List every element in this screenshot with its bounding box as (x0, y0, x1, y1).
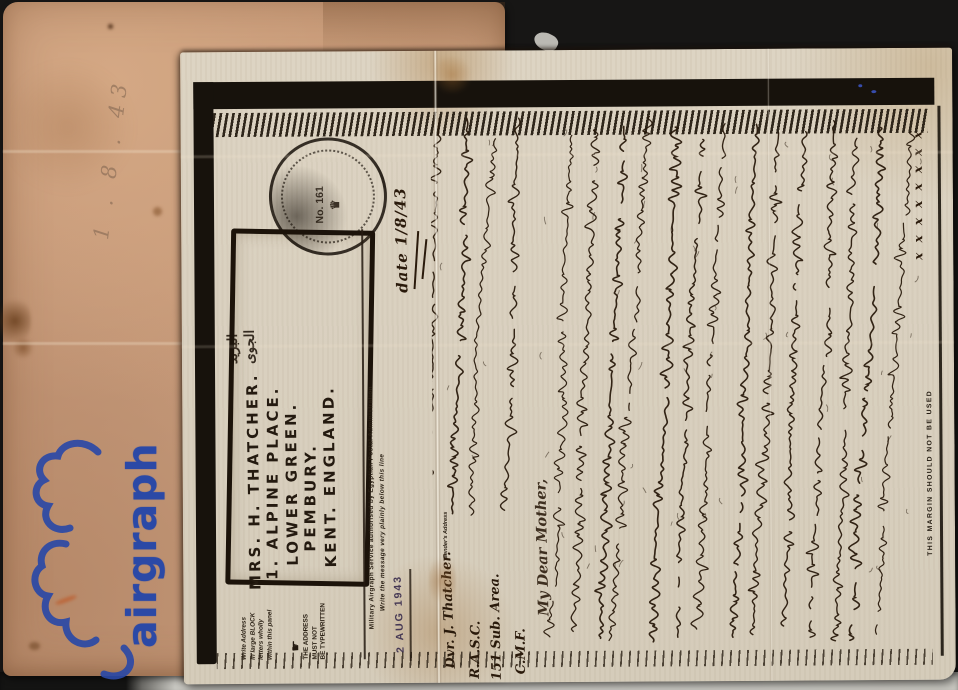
date-underline (414, 231, 420, 289)
closing-kisses: x x x x x x x x (911, 128, 926, 260)
block-letters-note: Write Address in large BLOCK letters who… (240, 610, 275, 660)
blue-speck (858, 84, 862, 87)
film-edge-left (193, 82, 217, 664)
note-line: in large BLOCK (249, 610, 258, 660)
envelope-speck (108, 24, 113, 29)
note-line: Write Address (240, 610, 249, 660)
pointing-hand-icon: ☛ (288, 640, 304, 652)
handwriting-svg (430, 108, 937, 656)
sender-box-line (409, 569, 412, 661)
note-line: THE ADDRESS (302, 603, 311, 660)
date-stamp: 2 AUG 1943 (392, 575, 407, 653)
postmark-text: No. 161 ♛ (313, 186, 343, 224)
address-text: MRS. H. THATCHER. 1. ALPINE PLACE. LOWER… (244, 372, 340, 590)
margin-rule-line (937, 106, 943, 656)
note-line: within this panel (266, 610, 275, 660)
blue-speck (871, 90, 876, 93)
envelope-stain (13, 336, 33, 360)
form-stain (432, 55, 472, 95)
film-edge-top (193, 78, 934, 110)
crown-icon: ♛ (328, 186, 343, 223)
margin-note: THIS MARGIN SHOULD NOT BE USED (926, 390, 934, 556)
postmark-number: No. 161 (313, 186, 328, 223)
address-line: MRS. H. THATCHER. (243, 372, 266, 590)
note-line: letters wholly (258, 610, 267, 660)
form-stain (429, 551, 455, 611)
address-line: LOWER GREEN. (281, 372, 303, 566)
date-underline (421, 239, 427, 279)
address-line: PEMBURY. (301, 372, 321, 552)
address-line: KENT. ENGLAND. (319, 372, 341, 568)
airgraph-logo-text: airgraph (118, 442, 166, 648)
note-line: MUST NOT (311, 603, 320, 660)
note-line: BE TYPEWRITTEN (320, 603, 329, 660)
address-line: 1. ALPINE PLACE. (263, 372, 283, 580)
service-authorisation-line: Military Airgraph Service authorised by … (367, 386, 377, 629)
scanned-airgraph-document: 1 . 8 . 43 airgraph البريد الجوى (0, 0, 958, 690)
airgraph-form: البريد الجوى No. 161 ♛ MRS. H. THATCHER.… (180, 48, 956, 685)
write-plainly-line: Write the message very plainly below thi… (379, 454, 389, 612)
not-typewritten-note: THE ADDRESS MUST NOT BE TYPEWRITTEN (302, 603, 328, 660)
envelope-speck (153, 207, 162, 216)
handwritten-date: date 1/8/43 (391, 187, 411, 293)
